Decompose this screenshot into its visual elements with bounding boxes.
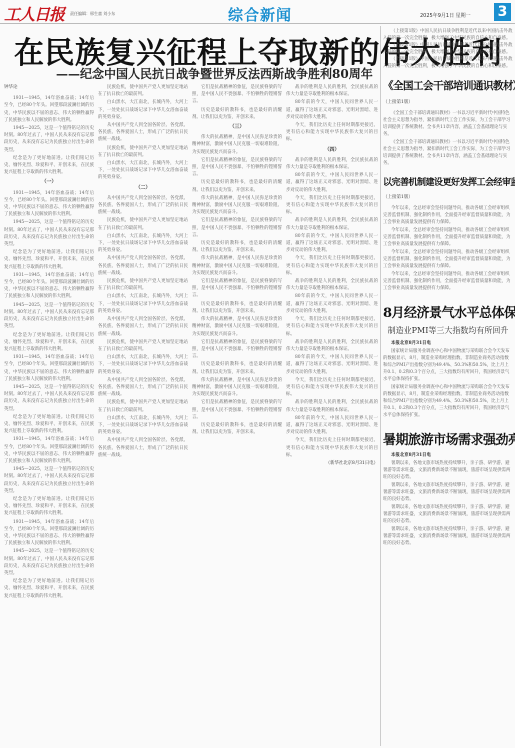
paragraph: 民族危机，使中国共产党人更加坚定地站在了抗日救亡的最前列。	[98, 217, 188, 231]
paragraph: 1945—2025，这是一个值得铭记的历史时刻。80年过去了，中国人民从来没有忘…	[4, 548, 94, 577]
article-headline: 暑期旅游市场需求强劲亮点纷呈	[383, 429, 513, 448]
paragraph: 今年以来，全总经审会坚持问题导向，推动各级工会经审组织完善监督机制、强化制约作用…	[383, 271, 513, 292]
sidebar-lede: （上接第1版）中国人民抗日战争胜利是近代以来中国抗击外敌入侵的第一次完全胜利，极…	[383, 28, 513, 42]
paragraph: 暑期以来，各地文旅市场热度持续攀升，亲子游、研学游、避暑游等需求旺盛，文旅消费新…	[383, 482, 513, 503]
paragraph: 80年前的今天，中国人民同世界人民一道，赢得了这场正义对邪恶、光明对黑暗、进步对…	[286, 172, 378, 194]
paragraph: 战争的胜利是人民的胜利，全民族抗战的伟大力量是夺取胜利的根本保证。	[286, 339, 378, 353]
article-column-3: 它们是抗战精神的象征，是民族脊梁的写照，是中国人民不畏强暴、不怕牺牲的铿锵誓言。…	[192, 84, 282, 744]
paragraph: 伟大的抗战精神，是中国人民弥足珍贵的精神财富，激励中国人民克服一切艰难险阻、为实…	[192, 134, 282, 156]
article-column-2: 民族危机，使中国共产党人更加坚定地站在了抗日救亡的最前列。 白山黑水，大江南北，…	[98, 84, 188, 744]
paragraph: 白山黑水，大江南北，长城内外，大河上下，一处处抗日战场记录下中华儿女浴血奋战的英…	[98, 99, 188, 121]
sidebar-article: 暑期旅游市场需求强劲亮点纷呈 本报北京8月31日电 暑期以来，各地文旅市场热度持…	[383, 429, 513, 547]
editors-credit: 责任编辑：邢生童 刘小东	[70, 11, 115, 17]
paragraph: 历史是最好的教科书，也是最好的清醒剂。让我们以史为鉴，开创未来。	[192, 361, 282, 375]
chapter-marker: （四）	[286, 147, 378, 154]
sidebar-article: 《全国工会干部培训通识教材》出版发行 （上接第1版） 《全国工会干部培训通识教材…	[383, 78, 513, 167]
paragraph: 今天，我们比历史上任何时期都更接近、更有信心和能力实现中华民族伟大复兴的目标。	[286, 377, 378, 399]
paragraph: 从中国共产党人到全国各阶层、各党派、各民族、各界爱国人士，形成了广泛的抗日民族统…	[98, 195, 188, 217]
dateline: 本报北京8月31日电	[391, 341, 431, 346]
paragraph: 从中国共产党人到全国各阶层、各党派、各民族、各界爱国人士，形成了广泛的抗日民族统…	[98, 377, 188, 399]
lead-subheadline: ——纪念中国人民抗日战争暨世界反法西斯战争胜利80周年	[56, 65, 373, 82]
paragraph: 历史是最好的教科书，也是最好的清醒剂。让我们以史为鉴，开创未来。	[192, 179, 282, 193]
paragraph: 1931—1945，14年浴血奋战；14年后至今，已经80个年头。回望那段波澜壮…	[4, 436, 94, 465]
article-subheadline: 制造业PMI等三大指数均有所回升	[383, 325, 513, 336]
paragraph: 80年前的今天，中国人民同世界人民一道，赢得了这场正义对邪恶、光明对黑暗、进步对…	[286, 99, 378, 121]
paragraph: 战争的胜利是人民的胜利，全民族抗战的伟大力量是夺取胜利的根本保证。	[286, 278, 378, 292]
paragraph: 战争的胜利是人民的胜利，全民族抗战的伟大力量是夺取胜利的根本保证。	[286, 157, 378, 171]
paragraph: 白山黑水，大江南北，长城内外，大河上下，一处处抗日战场记录下中华儿女浴血奋战的英…	[98, 160, 188, 182]
paragraph: 历史是最好的教科书，也是最好的清醒剂。让我们以史为鉴，开创未来。	[192, 301, 282, 315]
paragraph: 今天，我们比历史上任何时期都更接近、更有信心和能力实现中华民族伟大复兴的目标。	[286, 255, 378, 277]
paragraph: 纪念是为了更好地前进。让我们铭记历史、缅怀先烈、珍爱和平、开创未来，在民族复兴征…	[4, 578, 94, 600]
chapter-marker: （三）	[192, 124, 282, 131]
sidebar-article: 以完善机制建设更好发挥工会经审监督制约作用 （上接第1版） 今年以来，全总经审会…	[383, 175, 513, 292]
paragraph: 今年以来，全总经审会坚持问题导向，推动各级工会经审组织完善监督机制、强化制约作用…	[383, 227, 513, 248]
sidebar-article: 8月经济景气水平总体保持扩张 制造业PMI等三大指数均有所回升 本报北京8月31…	[383, 302, 513, 419]
paragraph: 伟大的抗战精神，是中国人民弥足珍贵的精神财富，激励中国人民克服一切艰难险阻、为实…	[192, 377, 282, 399]
paragraph: 历史是最好的教科书，也是最好的清醒剂。让我们以史为鉴，开创未来。	[192, 107, 282, 121]
paragraph: 80年前的今天，中国人民同世界人民一道，赢得了这场正义对邪恶、光明对黑暗、进步对…	[286, 415, 378, 437]
paragraph: 80年前的今天，中国人民同世界人民一道，赢得了这场正义对邪恶、光明对黑暗、进步对…	[286, 233, 378, 255]
byline: （上接第1版）	[383, 99, 513, 106]
paragraph: 白山黑水，大江南北，长城内外，大河上下，一处处抗日战场记录下中华儿女浴血奋战的英…	[98, 233, 188, 255]
paragraph: 国家统计局服务业调查中心和中国物流与采购联合会今天发布的数据显示，8月，制造业采…	[383, 348, 513, 383]
article-headline: 8月经济景气水平总体保持扩张	[383, 302, 513, 321]
byline: （上接第1版）	[383, 194, 513, 201]
paragraph: 战争的胜利是人民的胜利，全民族抗战的伟大力量是夺取胜利的根本保证。	[286, 84, 378, 98]
newspaper-logo: 工人日报	[4, 2, 64, 25]
paragraph: 今年以来，全总经审会坚持问题导向，推动各级工会经审组织完善监督机制、强化制约作用…	[383, 205, 513, 226]
sidebar-news: （上接第1版）中国人民抗日战争胜利是近代以来中国抗击外敌入侵的第一次完全胜利，极…	[383, 28, 513, 746]
paragraph: 它们是抗战精神的象征，是民族脊梁的写照，是中国人民不畏强暴、不怕牺牲的铿锵誓言。	[192, 399, 282, 421]
paragraph: 民族危机，使中国共产党人更加坚定地站在了抗日救亡的最前列。	[98, 84, 188, 98]
paragraph: 1931—1945，14年浴血奋战；14年后至今，已经80个年头。回望那段波澜壮…	[4, 354, 94, 383]
paragraph: 1931—1945，14年浴血奋战；14年后至今，已经80个年头。回望那段波澜壮…	[4, 95, 94, 124]
paragraph: 今天，我们比历史上任何时期都更接近、更有信心和能力实现中华民族伟大复兴的目标。	[286, 195, 378, 217]
paragraph: 纪念是为了更好地前进。让我们铭记历史、缅怀先烈、珍爱和平、开创未来，在民族复兴征…	[4, 414, 94, 436]
paragraph: 白山黑水，大江南北，长城内外，大河上下，一处处抗日战场记录下中华儿女浴血奋战的英…	[98, 354, 188, 376]
paragraph: 1931—1945，14年浴血奋战；14年后至今，已经80个年头。回望那段波澜壮…	[4, 272, 94, 301]
paragraph: 暑期以来，各地文旅市场热度持续攀升，亲子游、研学游、避暑游等需求旺盛，文旅消费新…	[383, 526, 513, 547]
paragraph: 战争的胜利是人民的胜利，全民族抗战的伟大力量是夺取胜利的根本保证。	[286, 217, 378, 231]
paragraph: 民族危机，使中国共产党人更加坚定地站在了抗日救亡的最前列。	[98, 278, 188, 292]
paragraph: 1931—1945，14年浴血奋战；14年后至今，已经80个年头。回望那段波澜壮…	[4, 190, 94, 219]
paragraph: 纪念是为了更好地前进。让我们铭记历史、缅怀先烈、珍爱和平、开创未来，在民族复兴征…	[4, 332, 94, 354]
sidebar-lede: （上接第1版）中国人民抗日战争胜利是近代以来中国抗击外敌入侵的第一次完全胜利，极…	[383, 42, 513, 56]
paragraph: 今天，我们比历史上任何时期都更接近、更有信心和能力实现中华民族伟大复兴的目标。	[286, 122, 378, 144]
article-headline: 以完善机制建设更好发挥工会经审监督制约作用	[383, 175, 513, 188]
article-column-4: 战争的胜利是人民的胜利，全民族抗战的伟大力量是夺取胜利的根本保证。 80年前的今…	[286, 84, 378, 744]
masthead: 工人日报 责任编辑：邢生童 刘小东 综合新闻 2025年9月1日 星期一 3	[0, 0, 515, 24]
byline: 钟华论	[4, 84, 94, 91]
paragraph: 伟大的抗战精神，是中国人民弥足珍贵的精神财富，激励中国人民克服一切艰难险阻、为实…	[192, 316, 282, 338]
column-divider	[380, 26, 381, 746]
paragraph: 从中国共产党人到全国各阶层、各党派、各民族、各界爱国人士，形成了广泛的抗日民族统…	[98, 316, 188, 338]
paragraph: 纪念是为了更好地前进。让我们铭记历史、缅怀先烈、珍爱和平、开创未来，在民族复兴征…	[4, 249, 94, 271]
paragraph: 白山黑水，大江南北，长城内外，大河上下，一处处抗日战场记录下中华儿女浴血奋战的英…	[98, 415, 188, 437]
paragraph: 它们是抗战精神的象征，是民族脊梁的写照，是中国人民不畏强暴、不怕牺牲的铿锵誓言。	[192, 339, 282, 361]
paragraph: 1945—2025，这是一个值得铭记的历史时刻。80年过去了，中国人民从来没有忘…	[4, 302, 94, 331]
article-column-1: 钟华论 1931—1945，14年浴血奋战；14年后至今，已经80个年头。回望那…	[4, 84, 94, 744]
paragraph: 暑期以来，各地文旅市场热度持续攀升，亲子游、研学游、避暑游等需求旺盛，文旅消费新…	[383, 504, 513, 525]
paragraph: 它们是抗战精神的象征，是民族脊梁的写照，是中国人民不畏强暴、不怕牺牲的铿锵誓言。	[192, 278, 282, 300]
paragraph: 1931—1945，14年浴血奋战；14年后至今，已经80个年头。回望那段波澜壮…	[4, 519, 94, 548]
paragraph: 今天，我们比历史上任何时期都更接近、更有信心和能力实现中华民族伟大复兴的目标。	[286, 437, 378, 459]
paragraph: 伟大的抗战精神，是中国人民弥足珍贵的精神财富，激励中国人民克服一切艰难险阻、为实…	[192, 255, 282, 277]
paragraph: 从中国共产党人到全国各阶层、各党派、各民族、各界爱国人士，形成了广泛的抗日民族统…	[98, 122, 188, 144]
paragraph: 1945—2025，这是一个值得铭记的历史时刻。80年过去了，中国人民从来没有忘…	[4, 219, 94, 248]
footer-note: （新华社北京8月31日电）	[286, 460, 378, 467]
paragraph: 1945—2025，这是一个值得铭记的历史时刻。80年过去了，中国人民从来没有忘…	[4, 125, 94, 154]
paragraph: 战争的胜利是人民的胜利，全民族抗战的伟大力量是夺取胜利的根本保证。	[286, 399, 378, 413]
paragraph: 它们是抗战精神的象征，是民族脊梁的写照，是中国人民不畏强暴、不怕牺牲的铿锵誓言。	[192, 157, 282, 179]
paragraph: 暑期以来，各地文旅市场热度持续攀升，亲子游、研学游、避暑游等需求旺盛，文旅消费新…	[383, 460, 513, 481]
page-number-badge: 3	[494, 3, 511, 21]
paragraph: 纪念是为了更好地前进。让我们铭记历史、缅怀先烈、珍爱和平、开创未来，在民族复兴征…	[4, 496, 94, 518]
section-title: 综合新闻	[228, 4, 292, 25]
paragraph: 民族危机，使中国共产党人更加坚定地站在了抗日救亡的最前列。	[98, 145, 188, 159]
paragraph: 1945—2025，这是一个值得铭记的历史时刻。80年过去了，中国人民从来没有忘…	[4, 384, 94, 413]
paragraph: 80年前的今天，中国人民同世界人民一道，赢得了这场正义对邪恶、光明对黑暗、进步对…	[286, 354, 378, 376]
chapter-marker: （二）	[98, 185, 188, 192]
paragraph: 伟大的抗战精神，是中国人民弥足珍贵的精神财富，激励中国人民克服一切艰难险阻、为实…	[192, 195, 282, 217]
paragraph: 历史是最好的教科书，也是最好的清醒剂。让我们以史为鉴，开创未来。	[192, 422, 282, 436]
paragraph: 民族危机，使中国共产党人更加坚定地站在了抗日救亡的最前列。	[98, 339, 188, 353]
paragraph: 今天，我们比历史上任何时期都更接近、更有信心和能力实现中华民族伟大复兴的目标。	[286, 316, 378, 338]
paragraph: 历史是最好的教科书，也是最好的清醒剂。让我们以史为鉴，开创未来。	[192, 240, 282, 254]
paragraph: 它们是抗战精神的象征，是民族脊梁的写照，是中国人民不畏强暴、不怕牺牲的铿锵誓言。	[192, 84, 282, 106]
sidebar-lede: （上接第1版）中国人民抗日战争胜利是近代以来中国抗击外敌入侵的第一次完全胜利，极…	[383, 56, 513, 70]
paragraph: 《全国工会干部培训通识教材》一书以习近平新时代中国特色社会主义思想为指导，紧扣新…	[383, 110, 513, 138]
paragraph: 《全国工会干部培训通识教材》一书以习近平新时代中国特色社会主义思想为指导，紧扣新…	[383, 139, 513, 167]
dateline: 本报北京8月31日电	[391, 453, 431, 458]
issue-date: 2025年9月1日 星期一	[420, 12, 471, 19]
chapter-marker: （一）	[4, 179, 94, 186]
paragraph: 白山黑水，大江南北，长城内外，大河上下，一处处抗日战场记录下中华儿女浴血奋战的英…	[98, 293, 188, 315]
paragraph: 从中国共产党人到全国各阶层、各党派、各民族、各界爱国人士，形成了广泛的抗日民族统…	[98, 437, 188, 459]
paragraph: 1945—2025，这是一个值得铭记的历史时刻。80年过去了，中国人民从来没有忘…	[4, 466, 94, 495]
paragraph: 从中国共产党人到全国各阶层、各党派、各民族、各界爱国人士，形成了广泛的抗日民族统…	[98, 255, 188, 277]
paragraph: 今年以来，全总经审会坚持问题导向，推动各级工会经审组织完善监督机制、强化制约作用…	[383, 249, 513, 270]
paragraph: 80年前的今天，中国人民同世界人民一道，赢得了这场正义对邪恶、光明对黑暗、进步对…	[286, 293, 378, 315]
paragraph: 民族危机，使中国共产党人更加坚定地站在了抗日救亡的最前列。	[98, 399, 188, 413]
paragraph: 纪念是为了更好地前进。让我们铭记历史、缅怀先烈、珍爱和平、开创未来，在民族复兴征…	[4, 155, 94, 177]
paragraph: 国家统计局服务业调查中心和中国物流与采购联合会今天发布的数据显示，8月，制造业采…	[383, 384, 513, 419]
paragraph: 它们是抗战精神的象征，是民族脊梁的写照，是中国人民不畏强暴、不怕牺牲的铿锵誓言。	[192, 217, 282, 239]
article-headline: 《全国工会干部培训通识教材》出版发行	[383, 78, 513, 93]
